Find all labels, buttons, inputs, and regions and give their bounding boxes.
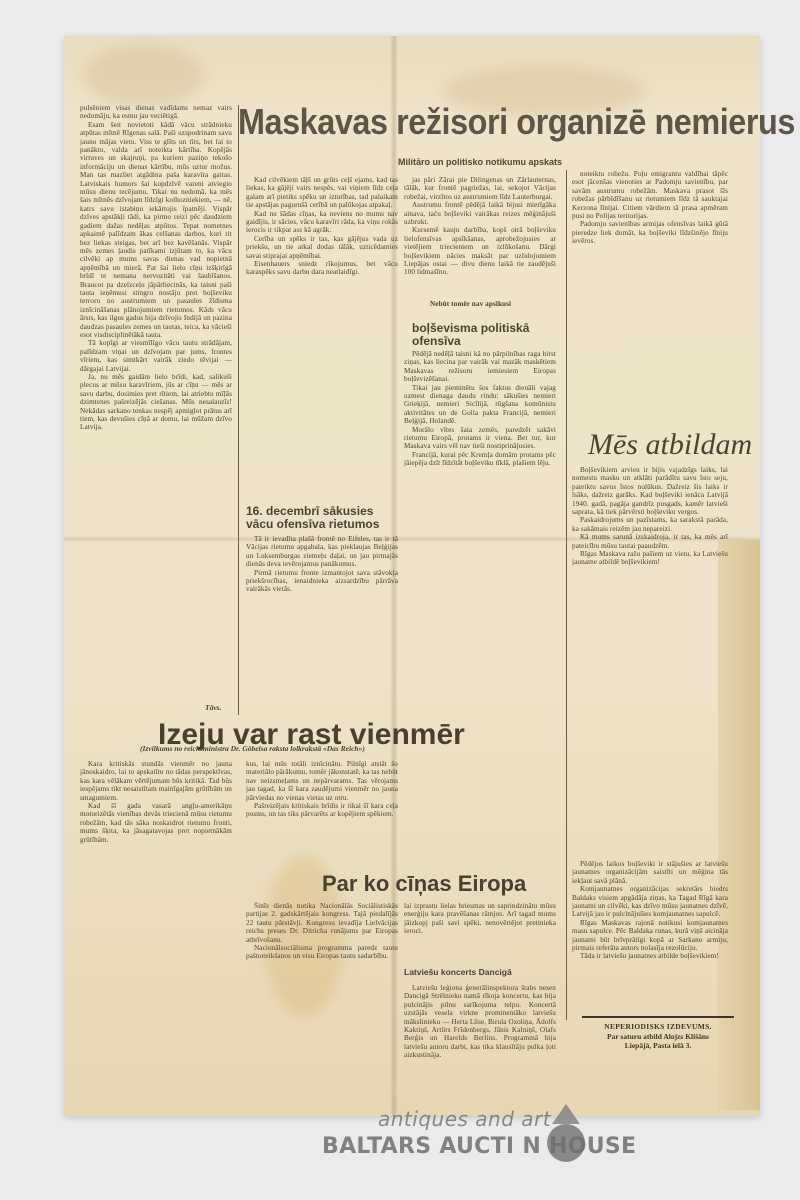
paragraph: Kursemē kauju darbība, kopš otrā boļševi… — [404, 226, 556, 276]
paragraph: Morālo vītes šaia zemēs, paredzēt sakāvi… — [404, 426, 556, 451]
paragraph: Cerība un spēks ir tas, kas gājējus vada… — [246, 235, 398, 260]
crown-icon — [552, 1104, 580, 1124]
paragraph: Francijā, kurai pēc Kremļa domām protams… — [404, 451, 556, 468]
paragraph: Ja, nu mēs gaidām lielo brīdi, kad, sali… — [80, 373, 232, 432]
paragraph: Komjaunatnes organizācijas sekretārs bie… — [572, 885, 728, 919]
imprint-box: NEPERIODISKS IZDEVUMS. Par saturu atbild… — [582, 1022, 734, 1051]
article-column-3: jas pāri Zārai pie Dilingenas un Zārlaut… — [404, 176, 556, 276]
paragraph: Kara kritiskās stundās vienmēr no jauna … — [80, 760, 232, 802]
paragraph: kus, lai mūs totāli iznīcinātu. Pilnīgi … — [246, 760, 398, 802]
section-subtitle-exit: (Izvilkums no reichsministra Dr. Göbelsa… — [140, 744, 365, 753]
paragraph: lai izprastu lielas briesmas un saprindz… — [404, 902, 556, 936]
stain — [84, 46, 204, 106]
note-line: Nebūt tomēr nav apsīkusi — [430, 300, 550, 310]
paragraph: Tā kopīgi ar viesmīlīgo vācu tautu strād… — [80, 339, 232, 373]
paragraph: Latviešu leģiona ģenerālinspektora štabs… — [404, 984, 556, 1060]
article-column-4: noteiktu robežu. Poļu emigrantu valdībai… — [572, 170, 728, 425]
paragraph: Pašreizējais kritiskais brīdis ir tikai … — [246, 802, 398, 819]
left-column: pulsēniem visas dienas vadīdams nemaz va… — [80, 104, 232, 699]
exit-column-1: Kara kritiskās stundās vienmēr no jauna … — [80, 760, 232, 1100]
paragraph: Rīgas Maskavas rajonā notikusi komjaunat… — [572, 919, 728, 953]
europe-column-1: Šinīs dienās notika Nacionālās Sociālist… — [246, 902, 398, 1102]
paragraph: Boļševikiem arvien ir bijis vajadzīgs la… — [572, 466, 728, 516]
section-heading-bolshevism: boļševisma politiskā ofensīva — [412, 322, 557, 347]
imprint-address: Liepājā, Pasta ielā 3. — [582, 1041, 734, 1051]
main-headline: Maskavas režisori organizē nemierus — [238, 101, 795, 143]
imprint-responsible: Par saturu atbild Alojzs Klišāns — [582, 1032, 734, 1042]
paragraph: noteiktu robežu. Poļu emigrantu valdībai… — [572, 170, 728, 220]
paragraph: Esam šeit novietoti kādā vācu strādnieku… — [80, 121, 232, 340]
paragraph: Padomju savienības armijas ofensīvas lai… — [572, 220, 728, 245]
paragraph: Tāda ir latviešu jaunatnes atbilde boļše… — [572, 952, 728, 960]
exit-column-2: kus, lai mūs totāli iznīcinātu. Pilnīgi … — [246, 760, 398, 865]
paragraph: Pēdējā nedēļā taisni kā no pārpilnības r… — [404, 350, 556, 384]
paragraph: Austrumu frontē pēdējā laikā bijusi mier… — [404, 201, 556, 226]
paragraph: Rīgas Maskava ražo pašiem uz vietu, ka L… — [572, 550, 728, 567]
imprint-title: NEPERIODISKS IZDEVUMS. — [582, 1022, 734, 1032]
section-heading-offensive: 16. decembrī sākusies vācu ofensīva riet… — [246, 505, 401, 530]
answer-column: Boļševikiem arvien ir bijis vajadzīgs la… — [572, 466, 728, 856]
paragraph: Nacionālsociālisma programma paredz taut… — [246, 944, 398, 961]
subheadline: Militāro un politisko notikumu apskats — [398, 157, 562, 167]
paragraph: Šinīs dienās notika Nacionālās Sociālist… — [246, 902, 398, 944]
paragraph: Tikai jau pieminētu šos faktus dienāli v… — [404, 384, 556, 426]
paragraph: Tā ir ievadīta plašā frontē no Eifeles, … — [246, 535, 398, 569]
section-heading-answer: Mēs atbildam — [588, 428, 752, 462]
paragraph: Pēdējos laikos boļševiki ir stājušies ar… — [572, 860, 728, 885]
section-heading-europe: Par ko cīņas Eiropa — [322, 871, 526, 897]
paragraph: Paskaidrojums un pazīstams, ka sarakstā … — [572, 516, 728, 533]
paragraph: Eisenhauers sniedz rīkojumus, bet vācu k… — [246, 260, 398, 277]
imprint-rule — [582, 1016, 734, 1018]
paragraph: Kad cilvēkiem tāļš un grūts ceļš ejams, … — [246, 176, 398, 210]
paragraph: jas pāri Zārai pie Dilingenas un Zārlaut… — [404, 176, 556, 201]
paragraph: Kā mums sarunā izskaidroja, ir tas, ka m… — [572, 533, 728, 550]
paragraph: pulsēniem visas dienas vadīdams nemaz va… — [80, 104, 232, 121]
watermark-brand: BALTARS AUCTI N HOUSE — [322, 1134, 636, 1159]
offensive-column: Tā ir ievadīta plašā frontē no Eifeles, … — [246, 535, 398, 713]
answer-column-continued: Pēdējos laikos boļševiki ir stājušies ar… — [572, 860, 728, 1012]
concert-column: Latviešu leģiona ģenerālinspektora štabs… — [404, 984, 556, 1104]
article-column-2: Kad cilvēkiem tāļš un grūts ceļš ejams, … — [246, 176, 398, 496]
europe-column-2: lai izprastu lielas briesmas un saprindz… — [404, 902, 556, 962]
column-rule — [566, 170, 567, 1020]
paragraph: Kad šī gada vasarā angļu-amerikāņu motor… — [80, 802, 232, 844]
column-rule — [238, 105, 239, 715]
bolshevism-column: Pēdējā nedēļā taisni kā no pārpilnības r… — [404, 350, 556, 865]
signature: Tävs. — [205, 703, 221, 712]
paragraph: Pirmā rietumu fronte izmantojot sava stā… — [246, 569, 398, 594]
paragraph: Kad nu šādas cīņas, ka neviens no mums n… — [246, 210, 398, 235]
section-heading-concert: Latviešu koncerts Dancigā — [404, 968, 512, 977]
watermark-tagline: antiques and art — [378, 1107, 551, 1131]
